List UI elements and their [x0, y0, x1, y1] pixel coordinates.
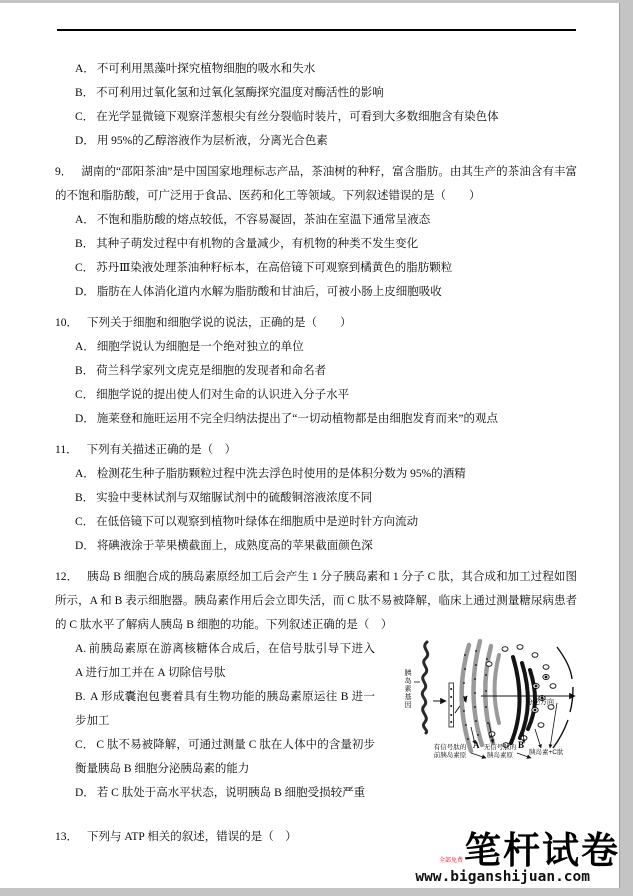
- option: C．在光学显微镜下观察洋葱根尖有丝分裂临时装片，可看到大多数细胞含有染色体: [55, 105, 577, 129]
- option: B．其种子萌发过程中有机物的含量减少，有机物的种类不发生变化: [55, 232, 577, 256]
- header-rule: [57, 29, 576, 31]
- insulin-gene-label: 胰岛素基因: [403, 669, 411, 709]
- watermark-logo: 全部免费 笔杆试卷 www.biganshijuan.com: [415, 832, 620, 886]
- option: D．施莱登和施旺运用不完全归纳法提出了“一切动植物都是由细胞发育而来”的观点: [55, 407, 577, 431]
- logo-row: 全部免费 笔杆试卷: [415, 832, 620, 869]
- free-tag: 全部免费: [439, 858, 463, 864]
- organelle-a-label: A: [473, 741, 480, 749]
- q12-cell-diagram: 胰岛素基因 有信号肽的 前胰岛素原 A 无信号肽的 胰岛素原 B 胰岛素+C肽 …: [383, 639, 595, 789]
- proinsulin-label: 无信号肽的 胰岛素原: [483, 744, 517, 760]
- option: B．实验中斐林试剂与双缩脲试剂中的硫酸铜溶液浓度不同: [55, 486, 577, 510]
- option: B．荷兰科学家列文虎克是细胞的发现者和命名者: [55, 359, 577, 383]
- question-number: 12．: [55, 571, 78, 583]
- question-number: 10．: [55, 317, 78, 329]
- question-12: 12．胰岛 B 细胞合成的胰岛素原经加工后会产生 1 分子胰岛素和 1 分子 C…: [55, 565, 577, 805]
- option: D．用 95%的乙醇溶液作为层析液，分离光合色素: [55, 129, 577, 153]
- option: A．不可利用黑藻叶探究植物细胞的吸水和失水: [55, 57, 577, 81]
- question-number: 11．: [55, 444, 78, 456]
- option: C．细胞学说的提出使人们对生命的认识进入分子水平: [55, 383, 577, 407]
- option: C．苏丹Ⅲ染液处理茶油种籽标本，在高倍镜下可观察到橘黄色的脂肪颗粒: [55, 256, 577, 280]
- option: D．脂肪在人体消化道内水解为脂肪酸和甘油后，可被小肠上皮细胞吸收: [55, 280, 577, 304]
- exam-page: A．不可利用黑藻叶探究植物细胞的吸水和失水 B．不可利用过氧化氢和过氧化氢酶探究…: [0, 3, 620, 888]
- question-8-options: A．不可利用黑藻叶探究植物细胞的吸水和失水 B．不可利用过氧化氢和过氧化氢酶探究…: [55, 57, 577, 153]
- brand-url: www.biganshijuan.com: [415, 869, 590, 886]
- cell-membrane: [553, 647, 573, 748]
- question-9: 9．湖南的“邵阳茶油”是中国国家地理标志产品，茶油树的种籽，富含脂肪。由其生产的…: [55, 160, 577, 304]
- organelle-b-label: B: [518, 741, 524, 749]
- page-content: A．不可利用黑藻叶探究植物细胞的吸水和失水 B．不可利用过氧化氢和过氧化氢酶探究…: [55, 57, 577, 849]
- question-stem: 11．下列有关描述正确的是（ ）: [55, 438, 577, 462]
- option: C．在低倍镜下可以观察到植物叶绿体在细胞质中是逆时针方向流动: [55, 510, 577, 534]
- insulin-cpeptide-label: 胰岛素+C肽: [529, 749, 564, 757]
- question-number: 13．: [55, 831, 78, 843]
- option: A．检测花生种子脂肪颗粒过程中洗去浮色时使用的是体积分数为 95%的酒精: [55, 462, 577, 486]
- question-stem: 10．下列关于细胞和细胞学说的说法，正确的是（ ）: [55, 311, 577, 335]
- dna-ribbon: [422, 642, 427, 733]
- secretion-direction-label: 分泌方向: [526, 699, 554, 707]
- question-11: 11．下列有关描述正确的是（ ） A．检测花生种子脂肪颗粒过程中洗去浮色时使用的…: [55, 438, 577, 558]
- pre-proinsulin-label: 有信号肽的 前胰岛素原: [429, 744, 471, 760]
- option: A．细胞学说认为细胞是一个绝对独立的单位: [55, 335, 577, 359]
- question-12-options: 胰岛素基因 有信号肽的 前胰岛素原 A 无信号肽的 胰岛素原 B 胰岛素+C肽 …: [55, 637, 577, 805]
- question-number: 9．: [55, 166, 72, 178]
- question-stem: 12．胰岛 B 细胞合成的胰岛素原经加工后会产生 1 分子胰岛素和 1 分子 C…: [55, 565, 577, 637]
- cell-secretion-diagram-graphic: [383, 639, 595, 789]
- option: D．将碘液涂于苹果横截面上，成熟度高的苹果截面颜色深: [55, 534, 577, 558]
- option: A．不饱和脂肪酸的熔点较低，不容易凝固，茶油在室温下通常呈液态: [55, 208, 577, 232]
- question-stem: 9．湖南的“邵阳茶油”是中国国家地理标志产品，茶油树的种籽，富含脂肪。由其生产的…: [55, 160, 577, 208]
- option: B．不可利用过氧化氢和过氧化氢酶探究温度对酶活性的影响: [55, 81, 577, 105]
- brand-name: 笔杆试卷: [464, 832, 620, 869]
- question-10: 10．下列关于细胞和细胞学说的说法，正确的是（ ） A．细胞学说认为细胞是一个绝…: [55, 311, 577, 431]
